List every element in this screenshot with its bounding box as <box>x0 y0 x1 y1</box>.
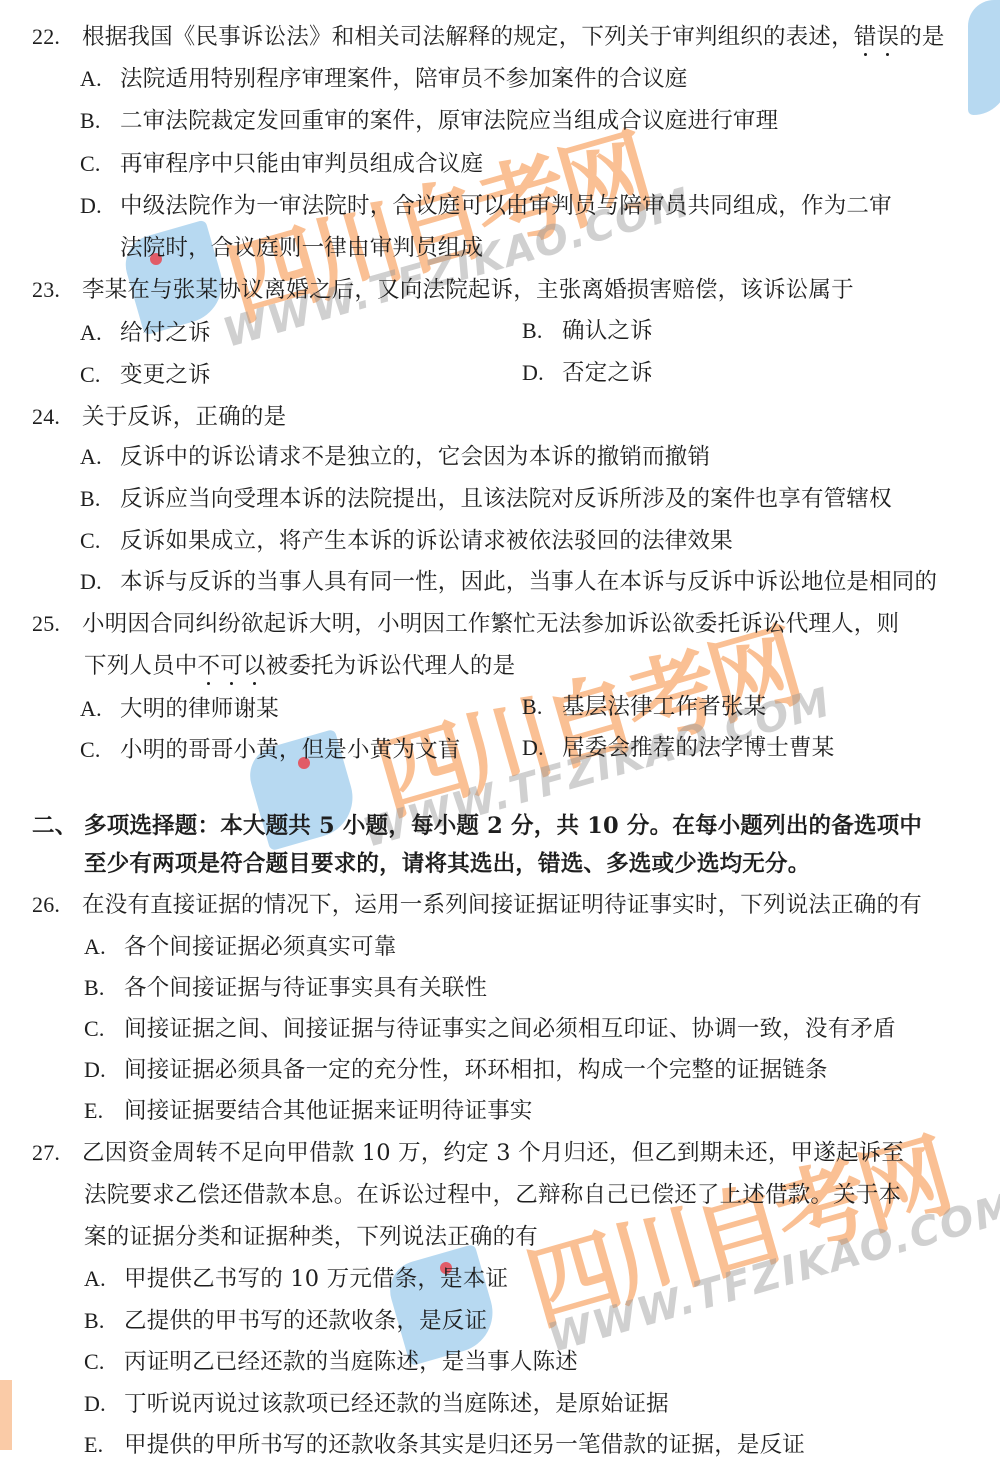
watermark-url-3: WWW.TFZIKAO.COM <box>543 1184 1000 1362</box>
question-23-option-c: C.变更之诉 <box>80 360 211 390</box>
question-22-stem: 22.根据我国《民事诉讼法》和相关司法解释的规定，下列关于审判组织的表述，错误的… <box>32 22 945 52</box>
question-23-option-d: D.否定之诉 <box>522 358 653 388</box>
question-25-option-b: B.基层法律工作者张某 <box>522 692 766 722</box>
question-23-option-b: B.确认之诉 <box>522 316 653 346</box>
question-24-option-c: C.反诉如果成立，将产生本诉的诉讼请求被依法驳回的法律效果 <box>80 526 733 556</box>
section-two-heading-cont: 至少有两项是符合题目要求的，请将其选出，错选、多选或少选均无分。 <box>84 849 810 879</box>
question-26-option-b: B.各个间接证据与待证事实具有关联性 <box>84 973 487 1003</box>
question-22-option-d: D.中级法院作为一审法院时，合议庭可以由审判员与陪审员共同组成，作为二审 <box>80 191 892 221</box>
question-27-option-e: E.甲提供的甲所书写的还款收条其实是归还另一笔借款的证据，是反证 <box>84 1430 805 1460</box>
question-25-stem: 25.小明因合同纠纷欲起诉大明，小明因工作繁忙无法参加诉讼欲委托诉讼代理人，则 <box>32 609 899 639</box>
emphasis-text: 不可以 <box>198 653 266 679</box>
question-22-option-d-cont: 法院时，合议庭则一律由审判员组成 <box>120 233 483 263</box>
question-27-option-d: D.丁听说丙说过该款项已经还款的当庭陈述，是原始证据 <box>84 1389 669 1419</box>
watermark-edge-bottom-left <box>0 1380 12 1450</box>
question-24-option-d: D.本诉与反诉的当事人具有同一性，因此，当事人在本诉与反诉中诉讼地位是相同的 <box>80 567 937 597</box>
question-26-option-d: D.间接证据必须具备一定的充分性，环环相扣，构成一个完整的证据链条 <box>84 1055 828 1085</box>
emphasis-text: 错误 <box>854 24 899 50</box>
question-23-stem: 23.李某在与张某协议离婚之后，又向法院起诉，主张离婚损害赔偿，该诉讼属于 <box>32 275 854 305</box>
question-27-option-b: B.乙提供的甲书写的还款收条，是反证 <box>84 1306 487 1336</box>
question-27-stem-cont-1: 法院要求乙偿还借款本息。在诉讼过程中，乙辩称自己已偿还了上述借款。关于本 <box>84 1180 901 1210</box>
question-26-option-a: A.各个间接证据必须真实可靠 <box>84 932 396 962</box>
question-22-option-a: A.法院适用特别程序审理案件，陪审员不参加案件的合议庭 <box>80 64 688 94</box>
question-27-stem-cont-2: 案的证据分类和证据种类，下列说法正确的有 <box>84 1222 538 1252</box>
question-26-option-c: C.间接证据之间、间接证据与待证事实之间必须相互印证、协调一致，没有矛盾 <box>84 1014 896 1044</box>
section-two-heading: 二、多项选择题：本大题共 5 小题，每小题 2 分，共 10 分。在每小题列出的… <box>32 811 922 841</box>
question-27-stem: 27.乙因资金周转不足向甲借款 10 万，约定 3 个月归还，但乙到期未还，甲遂… <box>32 1138 904 1168</box>
question-24-option-a: A.反诉中的诉讼请求不是独立的，它会因为本诉的撤销而撤销 <box>80 442 710 472</box>
question-23-option-a: A.给付之诉 <box>80 318 211 348</box>
question-25-option-c: C.小明的哥哥小黄，但是小黄为文盲 <box>80 735 461 765</box>
question-25-stem-cont: 下列人员中不可以被委托为诉讼代理人的是 <box>84 651 515 681</box>
question-22-option-b: B.二审法院裁定发回重审的案件，原审法院应当组成合议庭进行审理 <box>80 106 778 136</box>
question-24-stem: 24.关于反诉，正确的是 <box>32 402 286 432</box>
question-26-stem: 26.在没有直接证据的情况下，运用一系列间接证据证明待证事实时，下列说法正确的有 <box>32 890 922 920</box>
question-27-option-c: C.丙证明乙已经还款的当庭陈述，是当事人陈述 <box>84 1347 578 1377</box>
question-27-option-a: A.甲提供乙书写的 10 万元借条，是本证 <box>84 1264 508 1294</box>
question-26-option-e: E.间接证据要结合其他证据来证明待证事实 <box>84 1096 533 1126</box>
watermark-logo-top-right <box>968 0 1000 115</box>
question-24-option-b: B.反诉应当向受理本诉的法院提出，且该法院对反诉所涉及的案件也享有管辖权 <box>80 484 892 514</box>
question-22-option-c: C.再审程序中只能由审判员组成合议庭 <box>80 149 483 179</box>
exam-page: 四川自考网 WWW.TFZIKAO.COM 四川自考网 WWW.TFZIKAO.… <box>0 0 1000 1479</box>
question-25-option-d: D.居委会推荐的法学博士曹某 <box>522 733 834 763</box>
question-25-option-a: A.大明的律师谢某 <box>80 694 279 724</box>
